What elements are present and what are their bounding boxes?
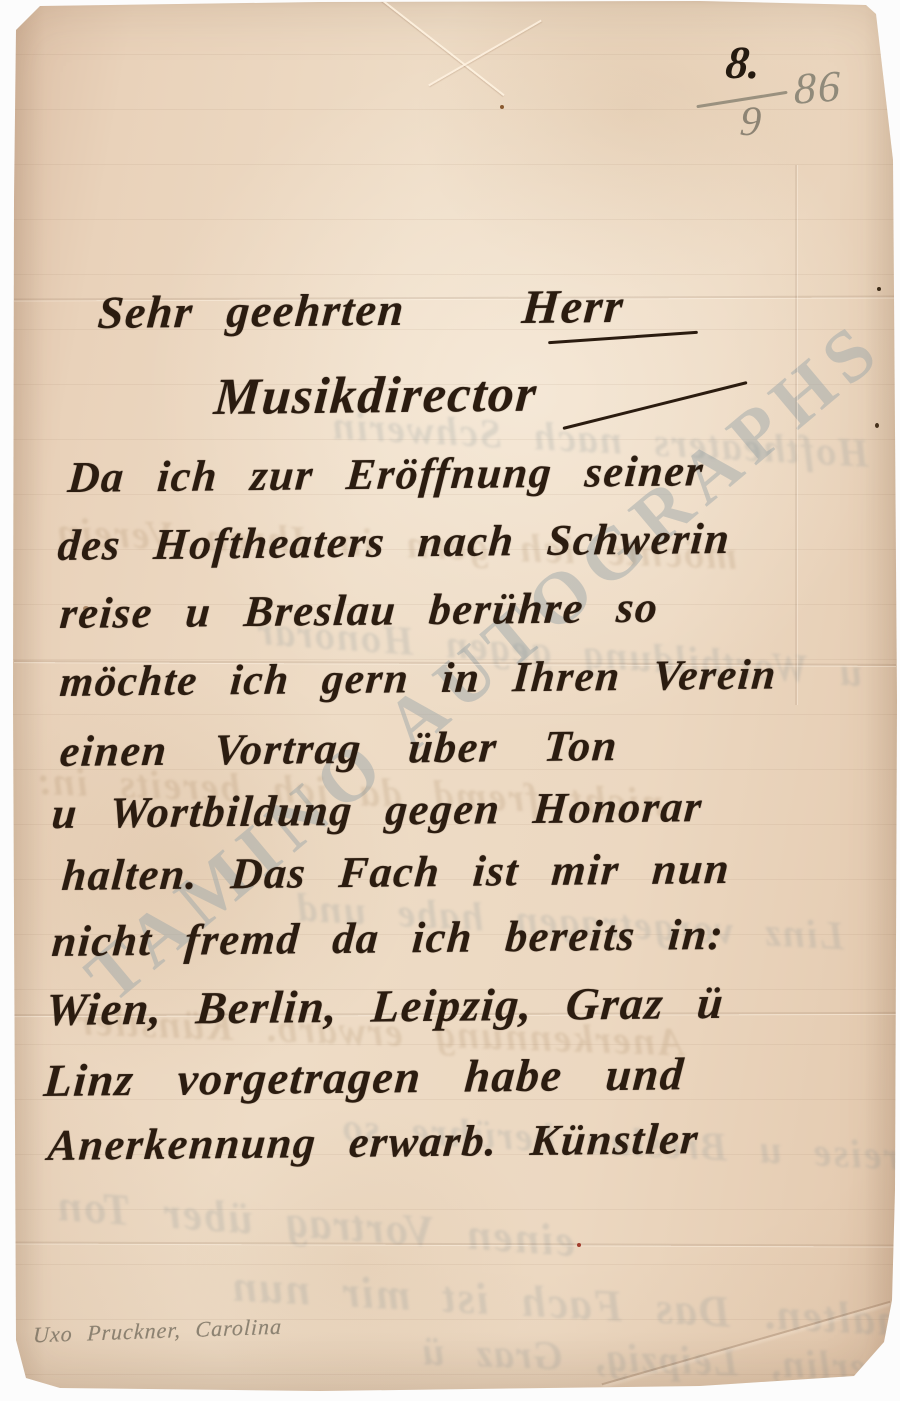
letter-line: des Hoftheaters nach Schwerin (56, 513, 732, 571)
date-year-pencil: 86 (794, 60, 842, 114)
letter-line: Linz vorgetragen habe und (42, 1047, 687, 1107)
letter-line: halten. Das Fach ist mir nun (60, 843, 732, 901)
letter-line: u Wortbildung gegen Honorar (50, 781, 705, 839)
letter-line: nicht fremd da ich bereits in: (50, 909, 726, 967)
vertical-crease (795, 165, 797, 705)
salutation-musikdirector: Musikdirector (212, 365, 540, 427)
salutation-line: Sehr geehrten (96, 283, 407, 339)
ink-speck (875, 423, 879, 428)
letter-paper: TAMINO AUTOGRAPHS des Hoftheaters nach S… (0, 0, 900, 1401)
pencil-annotation: Uxo Pruckner, Carolina (33, 1314, 283, 1349)
bleedthrough-line: einen Vortrag über Ton (54, 1180, 577, 1267)
scan-background: TAMINO AUTOGRAPHS des Hoftheaters nach S… (0, 0, 900, 1401)
letter-line: einen Vortrag über Ton (58, 720, 620, 777)
ink-speck (877, 287, 881, 291)
letter-line: Da ich zur Eröffnung seiner (66, 445, 706, 503)
paper-tear (428, 20, 542, 87)
foxing-spot (577, 1243, 581, 1247)
letter-line: möchte ich gern in Ihren Verein (58, 651, 779, 707)
date-month-pencil: 9 (738, 98, 762, 146)
letter-line: Wien, Berlin, Leipzig, Graz ü (44, 976, 726, 1036)
letter-line: reise u Breslau berühre so (58, 582, 661, 639)
salutation-word-herr: Herr (520, 279, 626, 335)
date-day-ink: 8. (723, 36, 763, 89)
foxing-spot (500, 105, 504, 109)
letter-line: Anerkennung erwarb. Künstler (46, 1113, 701, 1171)
